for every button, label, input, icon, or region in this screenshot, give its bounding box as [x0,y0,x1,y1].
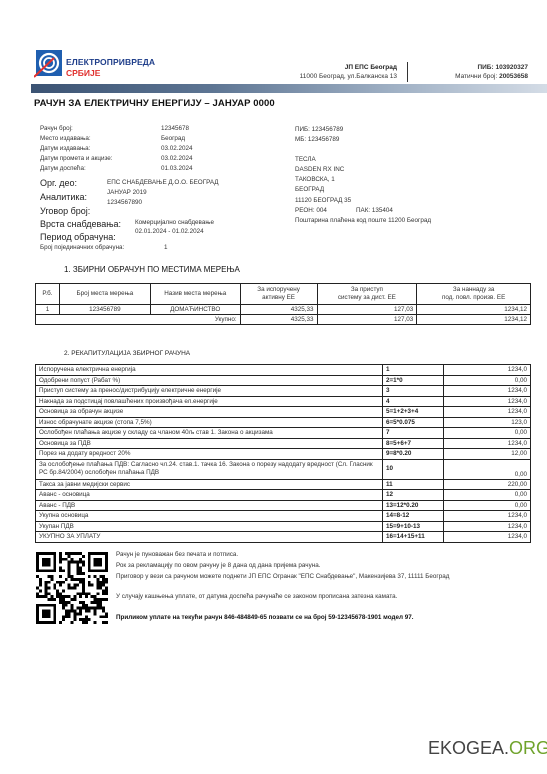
supply-type-value: Комерцијално снабдевање [135,219,214,226]
recap-amount: 1234,0 [444,396,531,407]
note-late-payment: У случају кашњења уплате, от датума досп… [116,593,397,600]
company-name: ЈП ЕПС Београд [345,64,397,71]
table-row: Испоручена електрична енергија11234,0 [36,365,531,376]
recap-description: Аванс - ПДВ [36,500,383,511]
recap-amount: 1234,0 [444,438,531,449]
recap-description: Такса за јавни медијски сервис [36,479,383,490]
cell-rb: 1 [36,305,60,315]
note-valid-without-stamp: Рачун је пуноважан без печата и потписа. [116,551,238,558]
col-header-rb: Р.б. [36,284,60,305]
total-label: Укупно: [36,315,241,325]
header-divider [407,62,408,82]
recap-amount: 123,0 [444,417,531,428]
cell-system-access: 127,03 [317,305,417,315]
col-header-meter-name: Назив места мерења [150,284,240,305]
issue-date-label: Датум издавања: [40,145,90,152]
table-row: Износ обрачунате акцизе (стопа 7,5%)6=5*… [36,417,531,428]
recap-code: 2=1*0 [383,375,444,386]
due-date-value: 01.03.2024 [161,165,193,172]
customer-mb: МБ: 123456789 [295,136,339,143]
issue-place-value: Београд [161,135,185,142]
billing-period-value: 02.01.2024 - 01.02.2024 [135,228,204,235]
recap-description: Укупна основица [36,511,383,522]
customer-pib: ПИБ: 123456789 [295,126,343,133]
cell-incentive-fee: 1234,12 [417,305,531,315]
contract-label: Уговор број: [40,206,90,216]
postage-note: Поштарина плаћена код поште 11200 Београ… [295,217,431,224]
turnover-date-label: Датум промета и акцизе: [40,155,113,162]
org-label: Орг. део: [40,178,77,188]
customer-postal: 11120 БЕОГРАД 35 [295,197,351,204]
customer-street: ТАКОВСКА, 1 [295,176,335,183]
recap-table: Испоручена електрична енергија11234,0Одо… [35,364,531,543]
supply-type-label: Врста снабдевања: [40,219,121,229]
issue-date-value: 03.02.2024 [161,145,193,152]
recap-description: За ослобођење плаћања ПДВ: Сагласно чл.2… [36,459,383,479]
recap-amount: 0,00 [444,428,531,439]
customer-region: РЕОН: 004 [295,207,327,214]
recap-code: 3 [383,386,444,397]
billing-period-label: Период обрачуна: [40,232,116,242]
invoice-number-label: Рачун број: [40,125,73,132]
individual-count-label: Број појединачних обрачуна: [40,244,124,251]
recap-amount: 1234,0 [444,407,531,418]
cell-meter-number: 123456789 [59,305,150,315]
table-row: Приступ систему за пренос/дистрибуцију е… [36,386,531,397]
turnover-date-value: 03.02.2024 [161,155,193,162]
recap-amount: 0,00 [444,500,531,511]
metering-points-table: Р.б. Број места мерења Назив места мерењ… [35,283,531,325]
mb-label: Матични број: [455,73,497,80]
table-row: 1 123456789 ДОМАЋИНСТВО 4325,33 127,03 1… [36,305,531,315]
watermark-accent: ORG [509,738,547,758]
pib-value: 103920327 [495,64,528,71]
total-active-energy: 4325,33 [240,315,317,325]
recap-code: 16=14+15+11 [383,532,444,543]
table-row: За ослобођење плаћања ПДВ: Сагласно чл.2… [36,459,531,479]
recap-amount: 1234,0 [444,386,531,397]
customer-company: DASDEN RX INC [295,166,344,173]
table-row: Укупна основица14=8-121234,0 [36,511,531,522]
watermark-logo: EKOGEA.ORG [428,738,547,759]
recap-description: Аванс - основица [36,490,383,501]
header-gradient-bar [31,84,547,93]
analytics-value: ЈАНУАР 2019 [107,189,147,196]
customer-name: ТЕСЛА [295,156,316,163]
invoice-number-value: 12345678 [161,125,189,132]
company-block: ЈП ЕПС Београд 11000 Београд, ул.Балканс… [300,63,397,81]
due-date-label: Датум доспећа: [40,165,86,172]
recap-description: Одобрени попуст (Рабат %) [36,375,383,386]
recap-description: Порез на додату вредност 20% [36,449,383,460]
recap-amount: 0,00 [444,375,531,386]
recap-amount: 1234,0 [444,365,531,376]
col-header-active-energy: За испоручену активну ЕЕ [240,284,317,305]
col-header-incentive-fee: За наннаду за под. повл. произв. ЕЕ [417,284,531,305]
total-incentive-fee: 1234,12 [417,315,531,325]
org-value: ЕПС СНАБДЕВАЊЕ Д.О.О. БЕОГРАД [107,179,219,186]
recap-amount: 0,00 [444,459,531,479]
table-total-row: Укупно: 4325,33 127,03 1234,12 [36,315,531,325]
recap-description: Испоручена електрична енергија [36,365,383,376]
recap-code: 6=5*0.075 [383,417,444,428]
recap-code: 15=9+10-13 [383,521,444,532]
qr-code-icon [36,552,108,624]
table-row: Ослобођен плаћања акцизе у складу са чла… [36,428,531,439]
recap-description: Износ обрачунате акцизе (стопа 7,5%) [36,417,383,428]
recap-code: 7 [383,428,444,439]
eps-logo-icon [34,50,62,78]
analytics-label: Аналитика: [40,192,87,202]
cell-meter-name: ДОМАЋИНСТВО [150,305,240,315]
individual-count-value: 1 [164,244,168,251]
recap-description: Ослобођен плаћања акцизе у складу са чла… [36,428,383,439]
table-row: Такса за јавни медијски сервис11220,00 [36,479,531,490]
table-row: Одобрени попуст (Рабат %)2=1*00,00 [36,375,531,386]
recap-code: 1 [383,365,444,376]
recap-code: 11 [383,479,444,490]
note-payment-instructions: Приликом уплате на текући рачун 846-4848… [116,614,414,621]
company-address: 11000 Београд, ул.Балканска 13 [300,72,397,81]
watermark-main: EKOGEA. [428,738,509,758]
document-title: РАЧУН ЗА ЕЛЕКТРИЧНУ ЕНЕРГИЈУ – ЈАНУАР 00… [34,98,275,109]
brand-name-line2: СРБИЈЕ [66,68,100,78]
recap-code: 14=8-12 [383,511,444,522]
recap-description: Основица за ПДВ [36,438,383,449]
company-ids: ПИБ: 103920327 Матични број: 20053658 [455,63,528,81]
recap-description: Приступ систему за пренос/дистрибуцију е… [36,386,383,397]
table-row: Аванс - основица120,00 [36,490,531,501]
recap-description: Укупан ПДВ [36,521,383,532]
recap-code: 10 [383,459,444,479]
table-row: Основица за обрачун акцизе5=1+2+3+41234,… [36,407,531,418]
recap-amount: 1234,0 [444,511,531,522]
recap-amount: 12,00 [444,449,531,460]
recap-code: 8=5+6+7 [383,438,444,449]
pib-label: ПИБ: [477,64,493,71]
brand-name-line1: ЕЛЕКТРОПРИВРЕДА [66,57,155,67]
table-row: Аванс - ПДВ13=12*0.200,00 [36,500,531,511]
recap-description: Основица за обрачун акцизе [36,407,383,418]
contract-value: 1234567890 [107,199,142,206]
customer-pak: ПАК: 135404 [356,207,393,214]
section1-title: 1. ЗБИРНИ ОБРАЧУН ПО МЕСТИМА МЕРЕЊА [64,265,240,274]
recap-code: 4 [383,396,444,407]
note-complaint-deadline: Рок за рекламацију по овом рачуну је 8 д… [116,562,320,569]
customer-city: БЕОГРАД [295,186,324,193]
table-row: Основица за ПДВ8=5+6+71234,0 [36,438,531,449]
recap-amount: 1234,0 [444,521,531,532]
col-header-meter-number: Број места мерења [59,284,150,305]
issue-place-label: Место издавања: [40,135,91,142]
recap-code: 5=1+2+3+4 [383,407,444,418]
recap-code: 9=8*0.20 [383,449,444,460]
recap-description: УКУПНО ЗА УПЛАТУ [36,532,383,543]
cell-active-energy: 4325,33 [240,305,317,315]
table-row: Укупан ПДВ15=9+10-131234,0 [36,521,531,532]
section2-title: 2. РЕКАПИТУЛАЦИЈА ЗБИРНОГ РАЧУНА [64,350,190,357]
recap-amount: 1234,0 [444,532,531,543]
recap-description: Накнада за подстицај повлашћених произво… [36,396,383,407]
table-row: Порез на додату вредност 20%9=8*0.2012,0… [36,449,531,460]
recap-code: 13=12*0.20 [383,500,444,511]
table-row: УКУПНО ЗА УПЛАТУ16=14+15+111234,0 [36,532,531,543]
total-system-access: 127,03 [317,315,417,325]
col-header-system-access: За приступ систему за дист. ЕЕ [317,284,417,305]
recap-amount: 0,00 [444,490,531,501]
table-header-row: Р.б. Број места мерења Назив места мерењ… [36,284,531,305]
table-row: Накнада за подстицај повлашћених произво… [36,396,531,407]
mb-value: 20053658 [499,73,528,80]
recap-amount: 220,00 [444,479,531,490]
note-objection-address: Приговор у вези са рачуном можете поднет… [116,573,449,580]
recap-code: 12 [383,490,444,501]
